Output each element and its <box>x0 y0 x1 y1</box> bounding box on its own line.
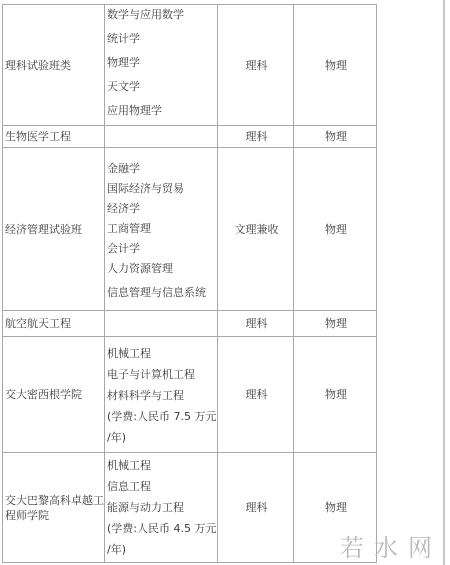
major-item: 机械工程 <box>107 346 217 361</box>
major-item: 电子与计算机工程 <box>107 367 217 382</box>
category-value: 文理兼收 <box>235 223 279 236</box>
table-row: 航空航天工程 理科 物理 <box>3 311 377 337</box>
majors-cell: 机械工程 电子与计算机工程 材料科学与工程 (学费:人民币 7.5 万元 /年) <box>105 337 218 453</box>
category-value: 理科 <box>246 388 268 401</box>
fee-note: (学费:人民币 4.5 万元 <box>107 521 217 536</box>
major-item: 会计学 <box>107 241 217 256</box>
major-item: 应用物理学 <box>107 103 217 118</box>
category-cell: 文理兼收 <box>218 148 294 311</box>
majors-cell: 金融学 国际经济与贸易 经济学 工商管理 会计学 人力资源管理 信息管理与信息系… <box>105 148 218 311</box>
program-name: 经济管理试验班 <box>5 223 82 236</box>
subject-cell: 物理 <box>294 337 377 453</box>
watermark-logo: 若水网 <box>340 528 442 563</box>
majors-cell <box>105 311 218 337</box>
major-item: 信息工程 <box>107 479 217 494</box>
major-item: 国际经济与贸易 <box>107 181 217 196</box>
table-row: 经济管理试验班 金融学 国际经济与贸易 经济学 工商管理 会计学 人力资源管理 … <box>3 148 377 311</box>
category-cell: 理科 <box>218 126 294 148</box>
program-name: 理科试验班类 <box>5 59 71 72</box>
major-item: 机械工程 <box>107 458 217 473</box>
subject-value: 物理 <box>325 130 347 143</box>
subject-value: 物理 <box>325 223 347 236</box>
table-row: 理科试验班类 数学与应用数学 统计学 物理学 天文学 应用物理学 理科 物理 <box>3 5 377 126</box>
subject-value: 物理 <box>325 59 347 72</box>
category-cell: 理科 <box>218 311 294 337</box>
program-name: 生物医学工程 <box>5 130 71 143</box>
category-value: 理科 <box>246 317 268 330</box>
majors-table: 理科试验班类 数学与应用数学 统计学 物理学 天文学 应用物理学 理科 物理 生… <box>2 4 377 563</box>
program-name: 交大密西根学院 <box>5 388 82 401</box>
table-row: 交大巴黎高科卓越工程师学院 机械工程 信息工程 能源与动力工程 (学费:人民币 … <box>3 453 377 563</box>
category-cell: 理科 <box>218 337 294 453</box>
program-name-cell: 生物医学工程 <box>3 126 105 148</box>
subject-cell: 物理 <box>294 126 377 148</box>
major-item: 工商管理 <box>107 221 217 236</box>
category-value: 理科 <box>246 59 268 72</box>
category-value: 理科 <box>246 130 268 143</box>
program-name-cell: 航空航天工程 <box>3 311 105 337</box>
major-item: 经济学 <box>107 201 217 216</box>
majors-cell: 数学与应用数学 统计学 物理学 天文学 应用物理学 <box>105 5 218 126</box>
major-item: 能源与动力工程 <box>107 500 217 515</box>
majors-cell: 机械工程 信息工程 能源与动力工程 (学费:人民币 4.5 万元 /年) <box>105 453 218 563</box>
subject-value: 物理 <box>325 388 347 401</box>
program-name-cell: 交大密西根学院 <box>3 337 105 453</box>
program-name: 航空航天工程 <box>5 317 71 330</box>
major-item: 统计学 <box>107 31 217 46</box>
fee-note: (学费:人民币 7.5 万元 <box>107 409 217 424</box>
category-cell: 理科 <box>218 5 294 126</box>
page-frame-line <box>443 0 445 565</box>
major-item: 数学与应用数学 <box>107 7 217 22</box>
table-row: 交大密西根学院 机械工程 电子与计算机工程 材料科学与工程 (学费:人民币 7.… <box>3 337 377 453</box>
program-name: 交大巴黎高科卓越工程师学院 <box>5 494 104 522</box>
major-item: 信息管理与信息系统 <box>107 285 217 300</box>
subject-value: 物理 <box>325 317 347 330</box>
subject-cell: 物理 <box>294 5 377 126</box>
major-item: 材料科学与工程 <box>107 388 217 403</box>
major-item: 金融学 <box>107 161 217 176</box>
fee-note: /年) <box>107 430 217 445</box>
major-item: 人力资源管理 <box>107 261 217 276</box>
majors-cell <box>105 126 218 148</box>
program-name-cell: 交大巴黎高科卓越工程师学院 <box>3 453 105 563</box>
subject-cell: 物理 <box>294 311 377 337</box>
table-row: 生物医学工程 理科 物理 <box>3 126 377 148</box>
subject-value: 物理 <box>325 501 347 514</box>
category-value: 理科 <box>246 501 268 514</box>
major-item: 物理学 <box>107 55 217 70</box>
major-item: 天文学 <box>107 79 217 94</box>
subject-cell: 物理 <box>294 148 377 311</box>
program-name-cell: 理科试验班类 <box>3 5 105 126</box>
program-name-cell: 经济管理试验班 <box>3 148 105 311</box>
fee-note: /年) <box>107 542 217 557</box>
category-cell: 理科 <box>218 453 294 563</box>
